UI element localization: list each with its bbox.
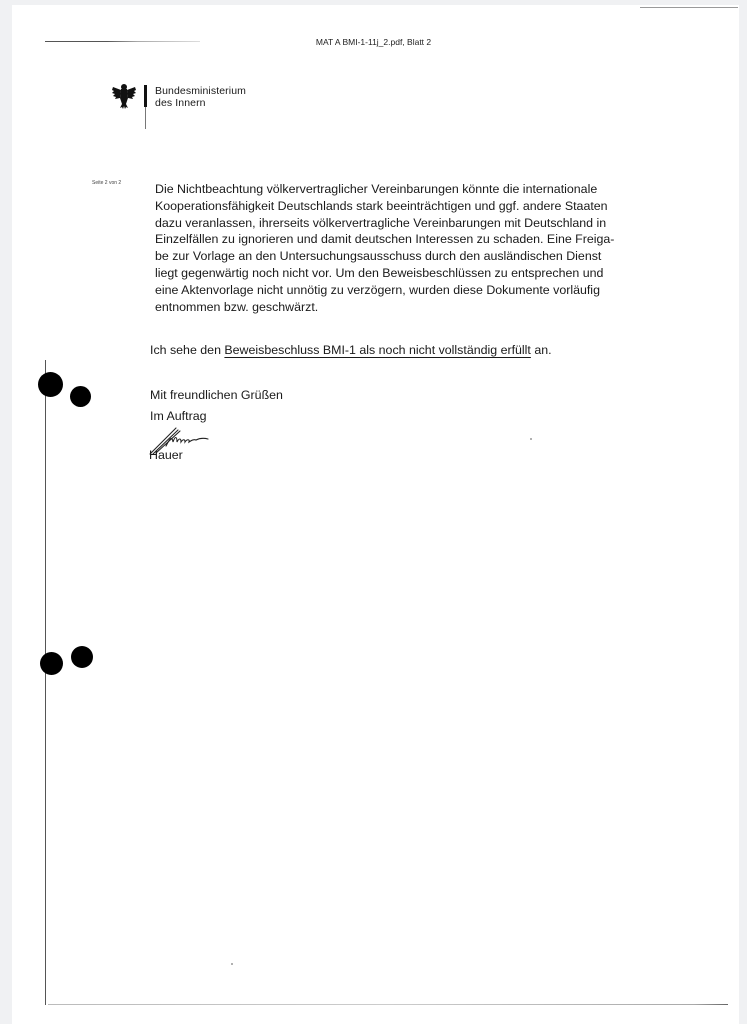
margin-line — [45, 360, 46, 1005]
paragraph-line: Die Nichtbeachtung völkervertraglicher V… — [155, 181, 614, 198]
conclusion-underlined: Beweisbeschluss BMI-1 als noch nicht vol… — [224, 343, 530, 357]
ministry-line-1: Bundesministerium — [155, 85, 246, 97]
page-edge-rule — [640, 7, 738, 8]
punch-hole-icon — [38, 372, 63, 397]
page-reference: Seite 2 von 2 — [92, 180, 121, 186]
paragraph-line: be zur Vorlage an den Untersuchungsaussc… — [155, 248, 614, 265]
punch-hole-icon — [71, 646, 93, 668]
signer-name: Hauer — [149, 448, 183, 462]
pdf-file-label-text: MAT A BMI-1-11j_2.pdf, Blatt 2 — [316, 37, 431, 47]
federal-eagle-icon — [111, 82, 137, 110]
document-page — [12, 5, 739, 1024]
paragraph-line: liegt gegenwärtig noch nicht vor. Um den… — [155, 265, 614, 282]
scan-speck — [231, 963, 233, 965]
paragraph-line: dazu veranlassen, ihrerseits völkervertr… — [155, 215, 614, 232]
punch-hole-icon — [70, 386, 91, 407]
paragraph-line: Einzelfällen zu ignorieren und damit deu… — [155, 231, 614, 248]
paragraph-line: Kooperationsfähigkeit Deutschlands stark… — [155, 198, 614, 215]
salutation: Mit freundlichen Grüßen — [150, 385, 283, 406]
pdf-file-label: MAT A BMI-1-11j_2.pdf, Blatt 2 — [0, 37, 747, 47]
conclusion-sentence: Ich sehe den Beweisbeschluss BMI-1 als n… — [150, 343, 552, 357]
scan-speck — [530, 438, 532, 440]
footer-rule — [48, 1004, 728, 1005]
logo-divider-line — [145, 107, 146, 129]
paragraph-line: entnommen bzw. geschwärzt. — [155, 299, 614, 316]
conclusion-suffix: an. — [531, 343, 552, 357]
body-paragraph: Die Nichtbeachtung völkervertraglicher V… — [155, 181, 614, 315]
logo-divider-bar — [144, 85, 147, 107]
punch-hole-icon — [40, 652, 63, 675]
conclusion-prefix: Ich sehe den — [150, 343, 224, 357]
ministry-line-2: des Innern — [155, 97, 246, 109]
paragraph-line: eine Aktenvorlage nicht unnötig zu verzö… — [155, 282, 614, 299]
ministry-name: Bundesministerium des Innern — [155, 85, 246, 109]
